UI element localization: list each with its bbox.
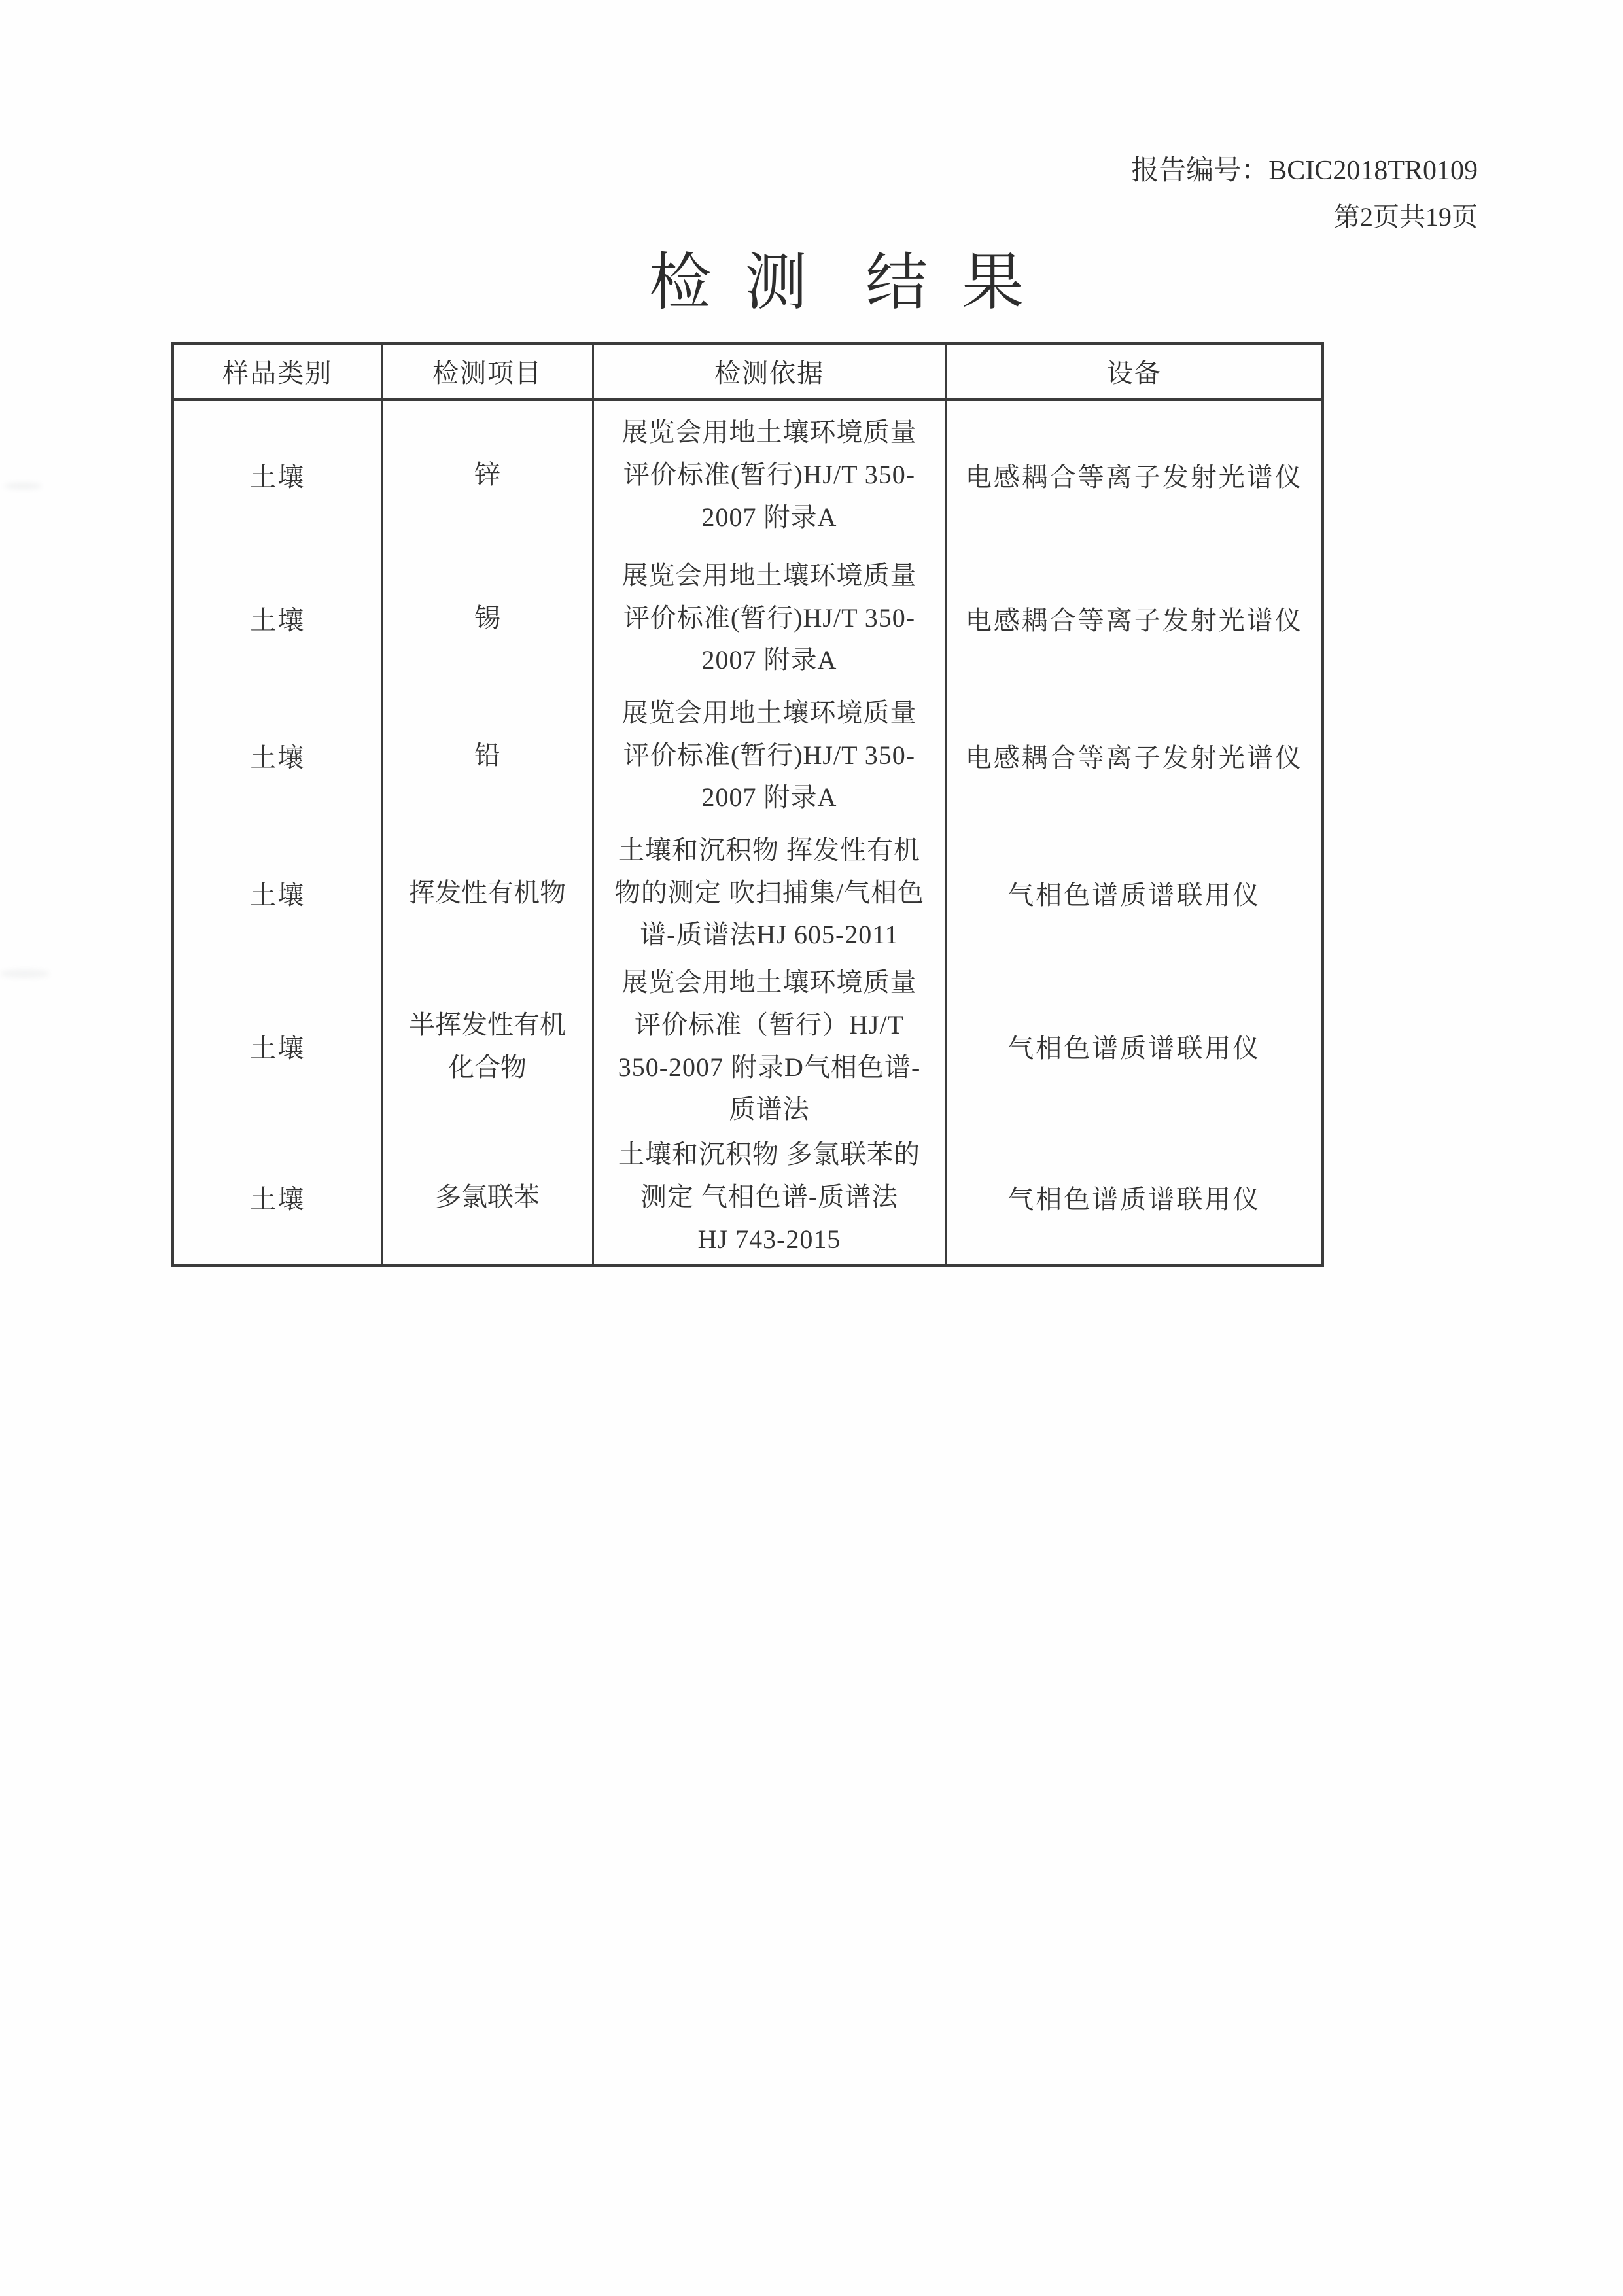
- test-item-cell: 挥发性有机物: [382, 824, 593, 962]
- test-basis-cell: 土壤和沉积物 挥发性有机 物的测定 吹扫捕集/气相色 谱-质谱法HJ 605-2…: [593, 824, 946, 962]
- test-item-cell: 铅: [382, 687, 593, 824]
- test-basis-cell: 展览会用地土壤环境质量 评价标准(暂行)HJ/T 350- 2007 附录A: [593, 687, 946, 824]
- page-title: 检 测 结 果: [59, 247, 1623, 319]
- test-basis-cell: 展览会用地土壤环境质量 评价标准(暂行)HJ/T 350- 2007 附录A: [593, 399, 946, 549]
- sample-type-cell: 土壤: [173, 824, 382, 962]
- table-row: 土壤 多氯联苯 土壤和沉积物 多氯联苯的 测定 气相色谱-质谱法 HJ 743-…: [173, 1131, 1323, 1265]
- test-basis-cell: 土壤和沉积物 多氯联苯的 测定 气相色谱-质谱法 HJ 743-2015: [593, 1131, 946, 1265]
- sample-type-cell: 土壤: [173, 549, 382, 687]
- table-row: 土壤 铅 展览会用地土壤环境质量 评价标准(暂行)HJ/T 350- 2007 …: [173, 687, 1323, 824]
- equipment-cell: 电感耦合等离子发射光谱仪: [946, 687, 1323, 824]
- table-row: 土壤 半挥发性有机 化合物 展览会用地土壤环境质量 评价标准（暂行）HJ/T 3…: [173, 962, 1323, 1131]
- test-item-cell: 半挥发性有机 化合物: [382, 962, 593, 1131]
- equipment-cell: 气相色谱质谱联用仪: [946, 824, 1323, 962]
- test-item-cell: 锡: [382, 549, 593, 687]
- report-number-value: BCIC2018TR0109: [1268, 156, 1478, 186]
- equipment-cell: 气相色谱质谱联用仪: [946, 1131, 1323, 1265]
- scan-artifact: [0, 969, 50, 978]
- sample-type-cell: 土壤: [173, 962, 382, 1131]
- test-item-cell: 多氯联苯: [382, 1131, 593, 1265]
- column-header-test-basis: 检测依据: [593, 343, 946, 399]
- equipment-cell: 气相色谱质谱联用仪: [946, 962, 1323, 1131]
- test-basis-cell: 展览会用地土壤环境质量 评价标准（暂行）HJ/T 350-2007 附录D气相色…: [593, 962, 946, 1131]
- sample-type-cell: 土壤: [173, 687, 382, 824]
- table-row: 土壤 挥发性有机物 土壤和沉积物 挥发性有机 物的测定 吹扫捕集/气相色 谱-质…: [173, 824, 1323, 962]
- test-item-cell: 锌: [382, 399, 593, 549]
- column-header-test-item: 检测项目: [382, 343, 593, 399]
- results-table: 样品类别 检测项目 检测依据 设备 土壤 锌 展览会用地土壤环境质量 评价标准(…: [171, 342, 1324, 1267]
- scan-artifact: [4, 483, 42, 489]
- test-basis-cell: 展览会用地土壤环境质量 评价标准(暂行)HJ/T 350- 2007 附录A: [593, 549, 946, 687]
- table-row: 土壤 锌 展览会用地土壤环境质量 评价标准(暂行)HJ/T 350- 2007 …: [173, 399, 1323, 549]
- sample-type-cell: 土壤: [173, 1131, 382, 1265]
- table-row: 土壤 锡 展览会用地土壤环境质量 评价标准(暂行)HJ/T 350- 2007 …: [173, 549, 1323, 687]
- column-header-equipment: 设备: [946, 343, 1323, 399]
- report-number-label: 报告编号：: [1131, 156, 1268, 186]
- page-number: 第2页共19页: [1131, 203, 1478, 232]
- scanned-report-page: 报告编号：BCIC2018TR0109 第2页共19页 检 测 结 果 样品类别…: [0, 0, 1623, 2296]
- table-header-row: 样品类别 检测项目 检测依据 设备: [173, 343, 1323, 399]
- report-number-line: 报告编号：BCIC2018TR0109: [1131, 156, 1478, 186]
- equipment-cell: 电感耦合等离子发射光谱仪: [946, 549, 1323, 687]
- sample-type-cell: 土壤: [173, 399, 382, 549]
- report-header: 报告编号：BCIC2018TR0109 第2页共19页: [1131, 156, 1478, 232]
- equipment-cell: 电感耦合等离子发射光谱仪: [946, 399, 1323, 549]
- column-header-sample-type: 样品类别: [173, 343, 382, 399]
